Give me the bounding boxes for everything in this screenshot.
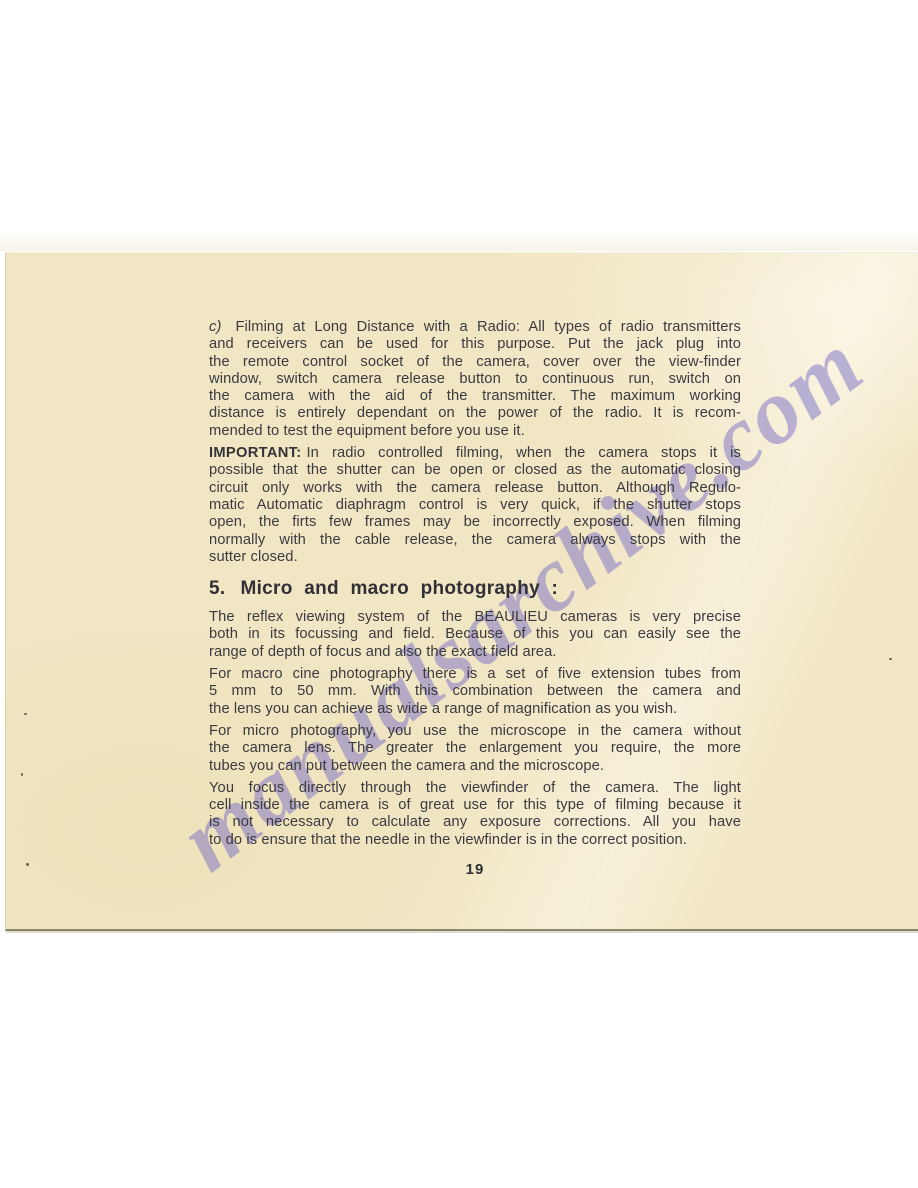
list-marker-c: c)	[209, 319, 221, 335]
section-heading-micro-macro: 5.Micro and macro photography :	[209, 578, 741, 600]
text-line: the lens you can achieve as wide a range…	[209, 701, 741, 718]
paragraph-micro-microscope: For micro photography, you use the micro…	[209, 723, 741, 775]
text-line: You focus directly through the viewfinde…	[209, 780, 741, 797]
section-number: 5.	[209, 578, 225, 599]
text-line: tubes you can put between the camera and…	[209, 758, 741, 775]
paper-speck	[889, 658, 892, 660]
text-column: c)Filming at Long Distance with a Radio:…	[209, 319, 741, 878]
paper-speck	[21, 773, 23, 776]
text-line: the remote control socket of the camera,…	[209, 354, 741, 371]
text-line: 5 mm to 50 mm. With this combination bet…	[209, 683, 741, 700]
text-run: In radio controlled filming, when the ca…	[306, 445, 741, 461]
paper-speck	[24, 713, 27, 715]
text-line: matic Automatic diaphragm control is ver…	[209, 497, 741, 514]
paragraph-viewfinder-focus: You focus directly through the viewfinde…	[209, 780, 741, 849]
paper-speck	[26, 863, 29, 866]
text-line: the camera with the aid of the transmitt…	[209, 388, 741, 405]
text-line: For micro photography, you use the micro…	[209, 723, 741, 740]
text-line: distance is entirely dependant on the po…	[209, 405, 741, 422]
text-line: cell inside the camera is of great use f…	[209, 797, 741, 814]
text-line: For macro cine photography there is a se…	[209, 666, 741, 683]
text-line: circuit only works with the camera relea…	[209, 480, 741, 497]
scan-background: { "watermark": { "text": "manualsarchive…	[0, 0, 918, 1188]
text-line: both in its focussing and field. Because…	[209, 626, 741, 643]
paragraph-reflex-viewing: The reflex viewing system of the BEAULIE…	[209, 609, 741, 661]
text-line: normally with the cable release, the cam…	[209, 532, 741, 549]
text-line: The reflex viewing system of the BEAULIE…	[209, 609, 741, 626]
paragraph-filming-long-distance: c)Filming at Long Distance with a Radio:…	[209, 319, 741, 440]
text-run: Filming at Long Distance with a Radio: A…	[235, 319, 741, 335]
scanned-manual-page: manualsarchive.com c)Filming at Long Dis…	[5, 252, 918, 931]
paragraph-macro-tubes: For macro cine photography there is a se…	[209, 666, 741, 718]
text-line: sutter closed.	[209, 549, 741, 566]
text-line: IMPORTANT:In radio controlled filming, w…	[209, 445, 741, 462]
page-top-edge-shadow	[0, 232, 918, 251]
text-line: open, the firts few frames may be incorr…	[209, 514, 741, 531]
text-line: possible that the shutter can be open or…	[209, 462, 741, 479]
text-line: c)Filming at Long Distance with a Radio:…	[209, 319, 741, 336]
text-line: range of depth of focus and also the exa…	[209, 644, 741, 661]
paragraph-important-note: IMPORTANT:In radio controlled filming, w…	[209, 445, 741, 566]
text-line: window, switch camera release button to …	[209, 371, 741, 388]
text-line: and receivers can be used for this purpo…	[209, 336, 741, 353]
text-line: the camera lens. The greater the enlarge…	[209, 740, 741, 757]
important-label: IMPORTANT:	[209, 445, 301, 461]
text-line: is not necessary to calculate any exposu…	[209, 814, 741, 831]
text-line: to do is ensure that the needle in the v…	[209, 832, 741, 849]
text-line: mended to test the equipment before you …	[209, 423, 741, 440]
section-title: Micro and macro photography :	[240, 578, 558, 599]
page-number: 19	[209, 861, 741, 878]
